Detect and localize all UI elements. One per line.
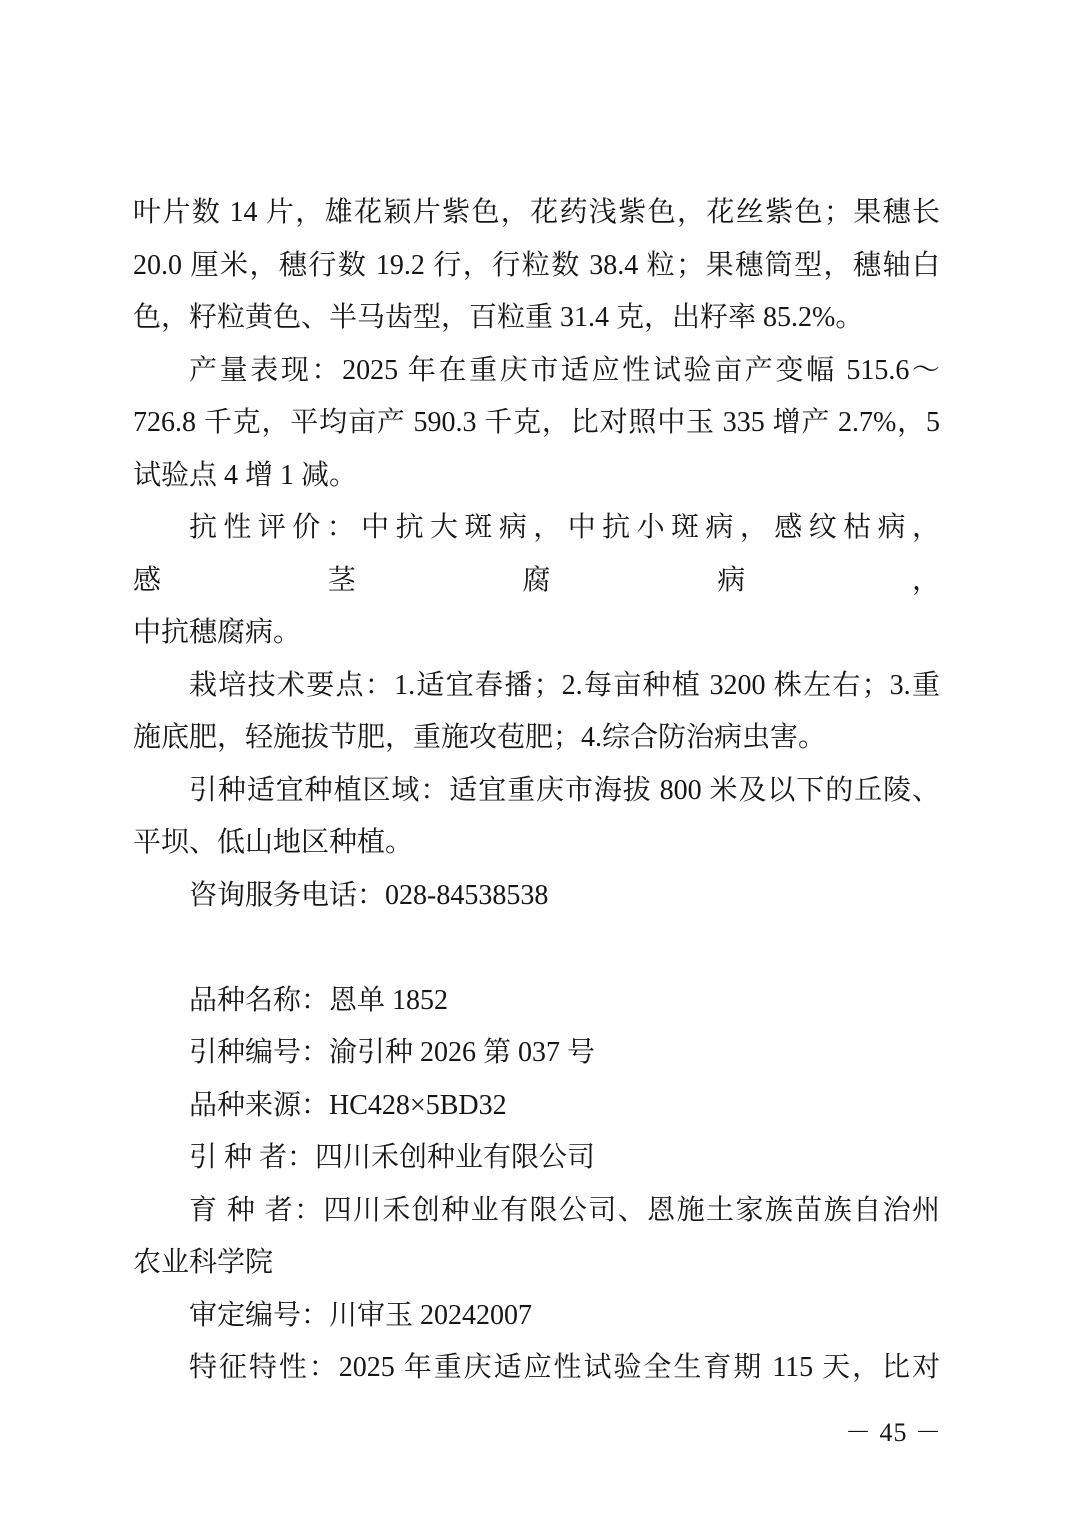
text-line: 咨询服务电话：028-84538538: [133, 870, 940, 923]
page-number: － 45 －: [845, 1412, 942, 1449]
text-line: 农业科学院: [133, 1237, 940, 1290]
document-body: 叶片数 14 片，雄花颖片紫色，花药浅紫色，花丝紫色；果穗长20.0 厘米，穗行…: [133, 187, 940, 1395]
text-line: 中抗穗腐病。: [133, 607, 940, 660]
text-line: 试验点 4 增 1 减。: [133, 450, 940, 503]
text-line: 栽培技术要点：1.适宜春播；2.每亩种植 3200 株左右；3.重: [133, 660, 940, 713]
text-line: 产量表现：2025 年在重庆市适应性试验亩产变幅 515.6～: [133, 345, 940, 398]
text-line: 20.0 厘米，穗行数 19.2 行，行粒数 38.4 粒；果穗筒型，穗轴白: [133, 240, 940, 293]
text-line: 叶片数 14 片，雄花颖片紫色，花药浅紫色，花丝紫色；果穗长: [133, 187, 940, 240]
text-line: 抗性评价：中抗大斑病，中抗小斑病，感纹枯病，感茎腐病，: [133, 502, 940, 607]
document-page: { "page": { "background": "#ffffff", "te…: [0, 0, 1074, 1520]
text-line: 品种来源：HC428×5BD32: [133, 1080, 940, 1133]
text-line: 审定编号：川审玉 20242007: [133, 1290, 940, 1343]
text-line: 特征特性：2025 年重庆适应性试验全生育期 115 天，比对: [133, 1342, 940, 1395]
text-line: 引种适宜种植区域：适宜重庆市海拔 800 米及以下的丘陵、: [133, 765, 940, 818]
text-line: 726.8 千克，平均亩产 590.3 千克，比对照中玉 335 增产 2.7%…: [133, 397, 940, 450]
text-line: 育 种 者：四川禾创种业有限公司、恩施土家族苗族自治州: [133, 1185, 940, 1238]
text-line: 引种编号：渝引种 2026 第 037 号: [133, 1027, 940, 1080]
text-line: 平坝、低山地区种植。: [133, 817, 940, 870]
text-line: 施底肥，轻施拔节肥，重施攻苞肥；4.综合防治病虫害。: [133, 712, 940, 765]
text-line: 色，籽粒黄色、半马齿型，百粒重 31.4 克，出籽率 85.2%。: [133, 292, 940, 345]
text-line: 引 种 者：四川禾创种业有限公司: [133, 1132, 940, 1185]
text-line: 品种名称：恩单 1852: [133, 975, 940, 1028]
blank-line: [133, 922, 940, 975]
